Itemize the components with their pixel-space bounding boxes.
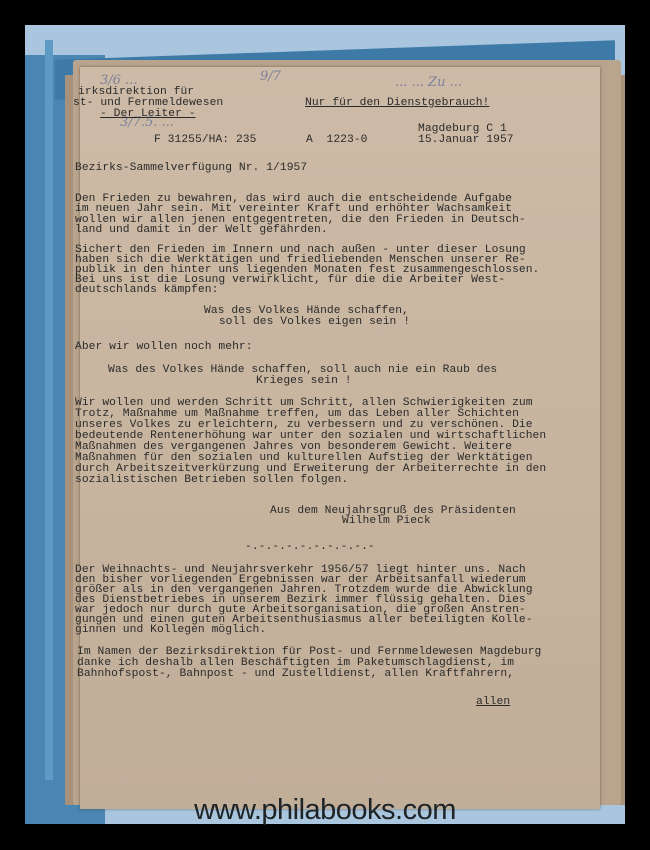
handwritten-note: 9/7 xyxy=(260,69,281,84)
file-code: A 1223-0 xyxy=(306,134,367,147)
text-line: Wilhelm Pieck xyxy=(342,515,431,528)
text-line: soll des Volkes eigen sein ! xyxy=(212,316,410,329)
lead-in: Aber wir wollen noch mehr: xyxy=(75,341,253,354)
date: 15.Januar 1957 xyxy=(418,134,514,147)
reference-number: F 31255/HA: 235 xyxy=(154,134,256,147)
text-line: sozialistischen Betrieben sollen folgen. xyxy=(75,474,348,487)
text-line: Bahnhofspost-, Bahnpost - und Zustelldie… xyxy=(77,668,514,681)
text-line: deutschlands kämpfen: xyxy=(75,284,218,297)
text-line: land und damit in der Welt gefährden. xyxy=(75,224,328,237)
catchword: allen xyxy=(476,696,510,709)
text-line: Krieges sein ! xyxy=(256,375,352,388)
document-photo: 3/6 ... 9/7 ... ... Zu ... 3/7.5. ... ir… xyxy=(25,25,625,824)
letterhead-line3: - Der Leiter - xyxy=(100,108,196,121)
watermark-website: www.philabooks.com xyxy=(0,794,650,827)
text-line: ginnen und Kollegen möglich. xyxy=(75,624,266,637)
typewritten-page: 3/6 ... 9/7 ... ... Zu ... 3/7.5. ... ir… xyxy=(80,67,600,809)
classification-stamp: Nur für den Dienstgebrauch! xyxy=(305,97,489,110)
subject: Bezirks-Sammelverfügung Nr. 1/1957 xyxy=(75,162,307,175)
handwritten-note: ... ... Zu ... xyxy=(395,75,462,90)
separator: -.-.-.-.-.-.-.-.-.- xyxy=(245,541,375,554)
folder-edge xyxy=(45,40,53,780)
